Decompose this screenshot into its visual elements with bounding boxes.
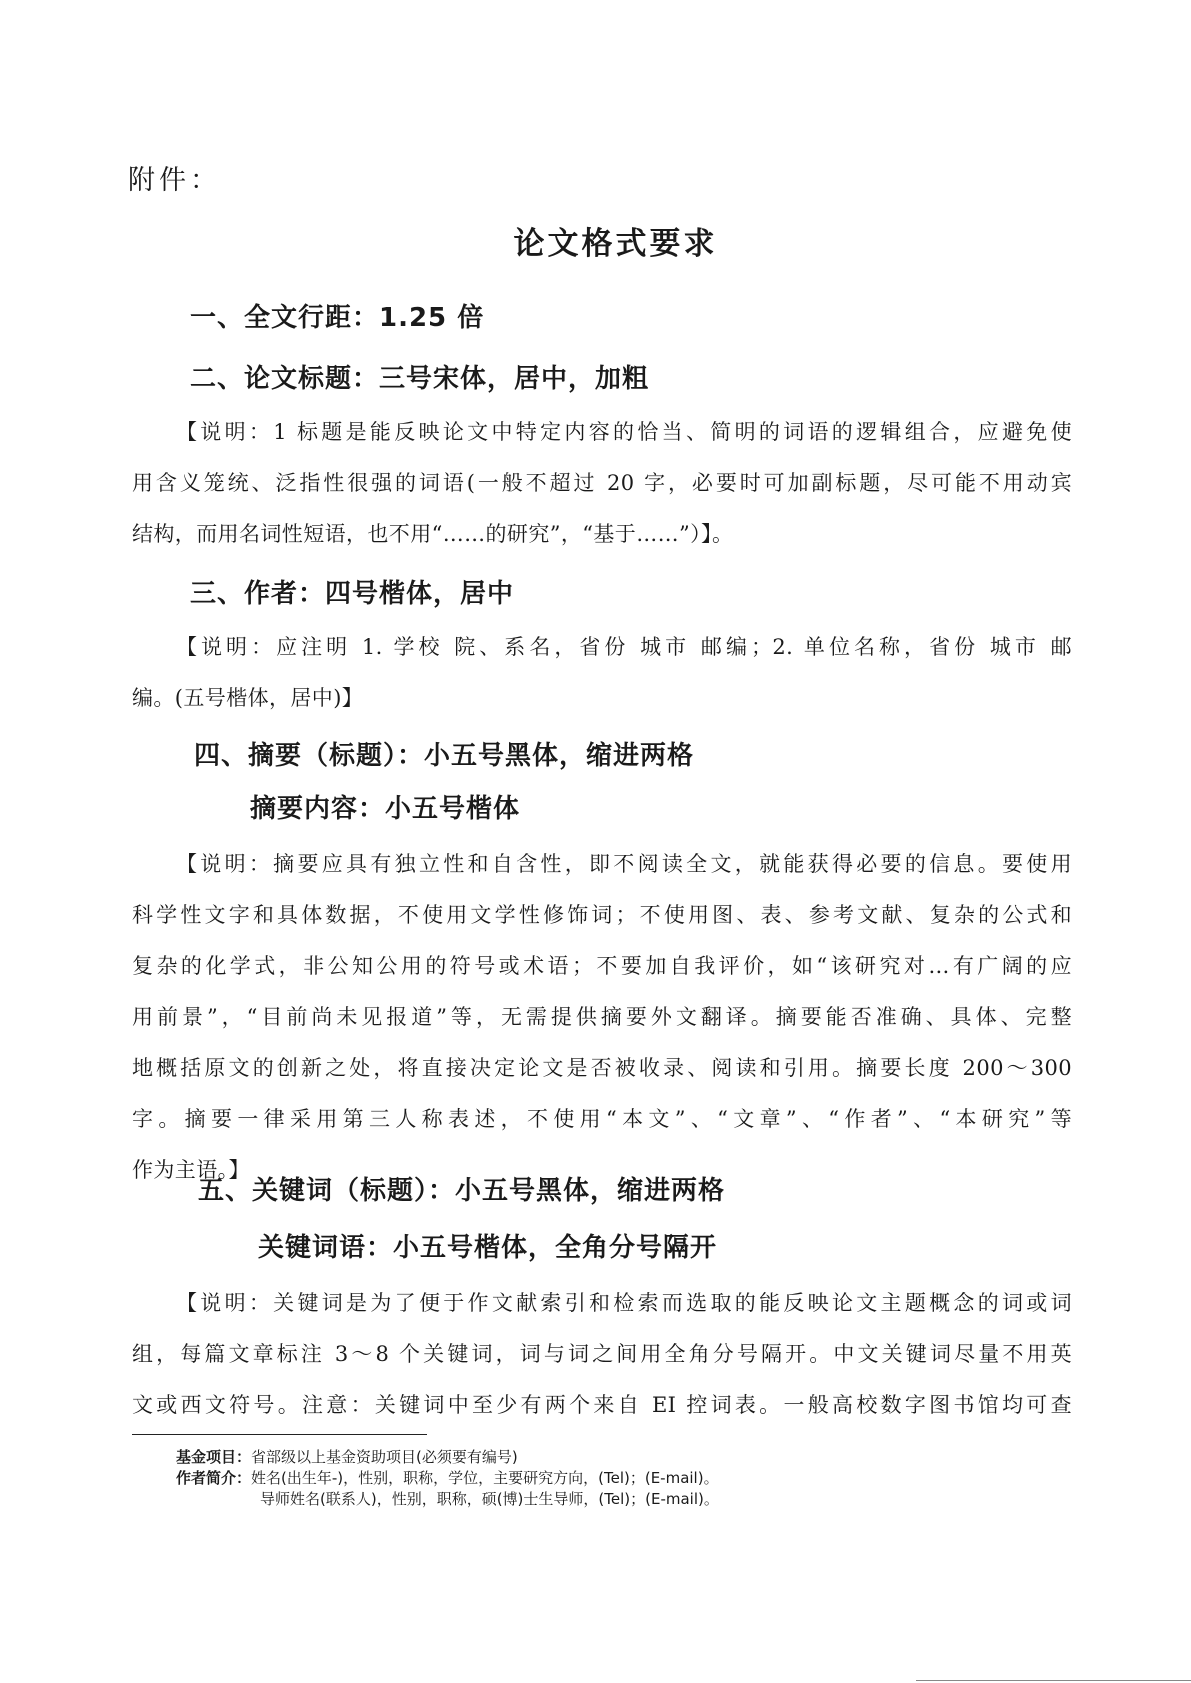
- section-3-heading: 三、作者：四号楷体，居中: [190, 573, 514, 610]
- page-bottom-rule: [916, 1680, 1191, 1681]
- author-line-1: 姓名(出生年-)，性别，职称，学位，主要研究方向，(Tel)；(E-mail)。: [251, 1469, 719, 1487]
- section-5-note-line: 【说明：关键词是为了便于作文献索引和检索而选取的能反映论文主题概念的词或词: [176, 1287, 1072, 1317]
- section-5-note-line: 组，每篇文章标注 3～8 个关键词，词与词之间用全角分号隔开。中文关键词尽量不用…: [132, 1338, 1072, 1368]
- section-3-note-line: 编。(五号楷体，居中)】: [132, 682, 1072, 712]
- fund-text: 省部级以上基金资助项目(必须要有编号): [251, 1448, 518, 1466]
- section-4-note-line: 复杂的化学式，非公知公用的符号或术语；不要加自我评价，如“该研究对…有广阔的应: [132, 950, 1072, 980]
- section-4-note-line: 科学性文字和具体数据，不使用文学性修饰词；不使用图、表、参考文献、复杂的公式和: [132, 899, 1072, 929]
- section-4-note-line: 【说明：摘要应具有独立性和自含性，即不阅读全文，就能获得必要的信息。要使用: [176, 848, 1072, 878]
- attachment-label: 附件：: [128, 158, 221, 197]
- footnote-advisor: 导师姓名(联系人)，性别，职称，硕(博)士生导师，(Tel)；(E-mail)。: [260, 1488, 719, 1509]
- section-5-subheading: 关键词语：小五号楷体，全角分号隔开: [258, 1227, 717, 1264]
- section-4-heading: 四、摘要（标题）：小五号黑体，缩进两格: [194, 735, 694, 772]
- footnote-author: 作者简介：姓名(出生年-)，性别，职称，学位，主要研究方向，(Tel)；(E-m…: [176, 1467, 719, 1488]
- fund-label: 基金项目：: [176, 1448, 251, 1466]
- footnote-fund: 基金项目：省部级以上基金资助项目(必须要有编号): [176, 1446, 518, 1467]
- section-4-subheading: 摘要内容：小五号楷体: [250, 788, 520, 825]
- section-5-note-line: 文或西文符号。注意：关键词中至少有两个来自 EI 控词表。一般高校数字图书馆均可…: [132, 1389, 1072, 1419]
- section-4-note-line: 用前景”，“目前尚未见报道”等，无需提供摘要外文翻译。摘要能否准确、具体、完整: [132, 1001, 1072, 1031]
- footnote-separator: [132, 1434, 427, 1435]
- section-4-note-line: 字。摘要一律采用第三人称表述，不使用“本文”、“文章”、“作者”、“本研究”等: [132, 1103, 1072, 1133]
- document-title: 论文格式要求: [0, 218, 1191, 263]
- author-label: 作者简介：: [176, 1469, 251, 1487]
- section-2-note-line: 【说明：1 标题是能反映论文中特定内容的恰当、简明的词语的逻辑组合，应避免使: [176, 416, 1072, 446]
- section-3-note-line: 【说明：应注明 1. 学校 院、系名，省份 城市 邮编；2. 单位名称，省份 城…: [176, 631, 1072, 661]
- section-4-note-line: 地概括原文的创新之处，将直接决定论文是否被收录、阅读和引用。摘要长度 200～3…: [132, 1052, 1072, 1082]
- section-5-heading: 五、关键词（标题）：小五号黑体，缩进两格: [198, 1170, 725, 1207]
- section-2-note-line: 用含义笼统、泛指性很强的词语(一般不超过 20 字，必要时可加副标题，尽可能不用…: [132, 467, 1072, 497]
- section-2-note-line: 结构，而用名词性短语，也不用“……的研究”，“基于……”）】。: [132, 518, 1072, 548]
- section-1-heading: 一、全文行距：1.25 倍: [190, 297, 484, 334]
- section-2-heading: 二、论文标题：三号宋体，居中，加粗: [190, 358, 649, 395]
